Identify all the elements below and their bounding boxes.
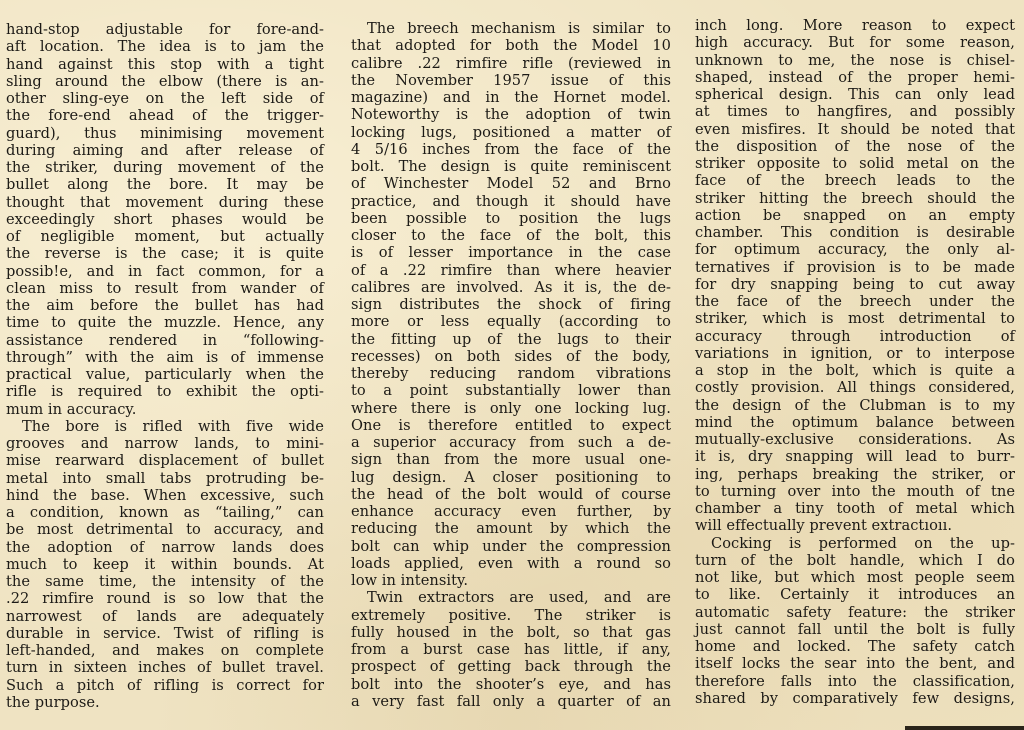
text-line: itself locks the sear into the bent, and [695,655,1015,672]
text-line: will effectually prevent extractıoıı. [695,517,1015,534]
text-line: that adopted for both the Model 10 [351,37,671,54]
text-line: time to quite the muzzle. Hence, any [6,314,324,331]
text-line: mutually-exclusive considerations. As [695,431,1015,448]
text-line: to a point substantially lower than [351,382,671,399]
text-line: a condition, known as “tailing,” can [6,504,324,521]
text-line: bolt into the shooter’s eye, and has [351,676,671,693]
text-line: enhance accuracy even further, by [351,503,671,520]
text-line: from a burst case has little, if any, [351,641,671,658]
text-line: spherical design. This can only lead [695,86,1015,103]
text-line: Noteworthy is the adoption of twin [351,106,671,123]
text-line: the adoption of narrow lands does [6,539,324,556]
text-line: the design of the Clubman is to my [695,397,1015,414]
text-line: ing, perhaps breaking the striker, or [695,466,1015,483]
text-line: striker hitting the breech should the [695,190,1015,207]
magazine-page: hand-stop adjustable for fore-and-aft lo… [0,0,1024,730]
text-line: inch long. More reason to expect [695,17,1015,34]
text-line: 4 5/16 inches from the face of the [351,141,671,158]
text-line: during aiming and after release of [6,142,324,159]
text-line: action be snapped on an empty [695,207,1015,224]
text-line: One is therefore entitled to expect [351,417,671,434]
text-line: the aim before the bullet has had [6,297,324,314]
text-line: it is, dry snapping will lead to burr- [695,448,1015,465]
text-line: to turning over into the mouth of tne [695,483,1015,500]
text-line: been possible to position the lugs [351,210,671,227]
text-line: loads applied, even with a round so [351,555,671,572]
text-line: locking lugs, positioned a matter of [351,124,671,141]
text-line: calibre .22 rimfire rifle (reviewed in [351,55,671,72]
text-line: chamber a tiny tooth of metal which [695,500,1015,517]
text-line: guard), thus minimising movement [6,125,324,142]
text-line: the head of the bolt would of course [351,486,671,503]
text-line: hind the base. When excessive, such [6,487,324,504]
text-line: the disposition of the nose of the [695,138,1015,155]
text-line: closer to the face of the bolt, this [351,227,671,244]
text-line: the November 1957 issue of this [351,72,671,89]
text-line: thought that movement during these [6,194,324,211]
text-line: hand-stop adjustable for fore-and- [6,21,324,38]
text-line: the face of the breech under the [695,293,1015,310]
text-line: just cannot fall until the bolt is fully [695,621,1015,638]
text-line: other sling-eye on the left side of [6,90,324,107]
text-line: the fitting up of the lugs to their [351,331,671,348]
text-line: durable in service. Twist of rifling is [6,625,324,642]
text-line: much to keep it within bounds. At [6,556,324,573]
text-line: therefore falls into the classification, [695,673,1015,690]
text-column-3: inch long. More reason to expecthigh acc… [695,17,1015,707]
text-line: a very fast fall only a quarter of an [351,693,671,710]
text-line: sign distributes the shock of firing [351,296,671,313]
text-line: a stop in the bolt, which is quite a [695,362,1015,379]
text-line: The bore is rifled with five wide [6,418,324,435]
text-line: Twin extractors are used, and are [351,589,671,606]
text-line: home and locked. The safety catch [695,638,1015,655]
paragraph: inch long. More reason to expecthigh acc… [695,17,1015,535]
text-line: where there is only one locking lug. [351,400,671,417]
text-line: hand against this stop with a tight [6,56,324,73]
text-line: be most detrimental to accuracy, and [6,521,324,538]
text-line: not like, but which most people seem [695,569,1015,586]
text-line: bolt. The design is quite reminiscent [351,158,671,175]
text-line: extremely positive. The striker is [351,607,671,624]
text-line: grooves and narrow lands, to mini- [6,435,324,452]
text-line: face of the breech leads to the [695,172,1015,189]
text-line: costly provision. All things considered, [695,379,1015,396]
text-line: sling around the elbow (there is an- [6,73,324,90]
text-line: reducing the amount by which the [351,520,671,537]
paragraph: The bore is rifled with five widegrooves… [6,418,324,711]
text-line: the purpose. [6,694,324,711]
text-line: chamber. This condition is desirable [695,224,1015,241]
text-line: .22 rimfire round is so low that the [6,590,324,607]
text-line: for optimum accuracy, the only al- [695,241,1015,258]
text-line: Cocking is performed on the up- [695,535,1015,552]
text-line: The breech mechanism is similar to [351,20,671,37]
text-line: clean miss to result from wander of [6,280,324,297]
text-line: Such a pitch of rifling is correct for [6,677,324,694]
bottom-edge-rule [905,726,1024,730]
text-line: striker, which is most detrimental to [695,310,1015,327]
text-line: shared by comparatively few designs, [695,690,1015,707]
text-line: variations in ignition, or to interpose [695,345,1015,362]
text-line: practical value, particularly when the [6,366,324,383]
text-line: turn of the bolt handle, which I do [695,552,1015,569]
text-line: bullet along the bore. It may be [6,176,324,193]
text-line: prospect of getting back through the [351,658,671,675]
text-line: thereby reducing random vibrations [351,365,671,382]
text-line: assistance rendered in “following- [6,332,324,349]
text-line: turn in sixteen inches of bullet travel. [6,659,324,676]
text-line: recesses) on both sides of the body, [351,348,671,365]
text-line: a superior accuracy from such a de- [351,434,671,451]
paragraph: hand-stop adjustable for fore-and-aft lo… [6,21,324,418]
text-line: sign than from the more usual one- [351,451,671,468]
text-line: automatic safety feature: the striker [695,604,1015,621]
text-line: metal into small tabs protruding be- [6,470,324,487]
text-line: at times to hangfires, and possibly [695,103,1015,120]
text-line: aft location. The idea is to jam the [6,38,324,55]
text-line: left-handed, and makes on complete [6,642,324,659]
text-line: shaped, instead of the proper hemi- [695,69,1015,86]
text-line: unknown to me, the nose is chisel- [695,52,1015,69]
text-line: rifle is required to exhibit the opti- [6,383,324,400]
text-column-1: hand-stop adjustable for fore-and-aft lo… [6,21,324,711]
text-line: lug design. A closer positioning to [351,469,671,486]
text-line: mind the optimum balance between [695,414,1015,431]
text-line: low in intensity. [351,572,671,589]
text-line: mise rearward displacement of bullet [6,452,324,469]
text-line: more or less equally (according to [351,313,671,330]
text-line: the reverse is the case; it is quite [6,245,324,262]
paragraph: Cocking is performed on the up-turn of t… [695,535,1015,708]
text-line: through” with the aim is of immense [6,349,324,366]
text-line: accuracy through introduction of [695,328,1015,345]
text-line: bolt can whip under the compression [351,538,671,555]
text-line: for dry snapping being to cut away [695,276,1015,293]
text-column-2: The breech mechanism is similar tothat a… [351,20,671,710]
text-line: striker opposite to solid metal on the [695,155,1015,172]
text-line: the same time, the intensity of the [6,573,324,590]
text-line: narrowest of lands are adequately [6,608,324,625]
text-line: calibres are involved. As it is, the de- [351,279,671,296]
text-line: magazine) and in the Hornet model. [351,89,671,106]
text-line: to like. Certainly it introduces an [695,586,1015,603]
text-line: of Winchester Model 52 and Brno [351,175,671,192]
text-line: possib!e, and in fact common, for a [6,263,324,280]
text-line: high accuracy. But for some reason, [695,34,1015,51]
text-line: mum in accuracy. [6,401,324,418]
paragraph: The breech mechanism is similar tothat a… [351,20,671,589]
text-line: even misfires. It should be noted that [695,121,1015,138]
text-line: of negligible moment, but actually [6,228,324,245]
text-line: the striker, during movement of the [6,159,324,176]
text-line: is of lesser importance in the case [351,244,671,261]
paragraph: Twin extractors are used, and areextreme… [351,589,671,710]
text-line: exceedingly short phases would be [6,211,324,228]
text-line: of a .22 rimfire than where heavier [351,262,671,279]
text-line: practice, and though it should have [351,193,671,210]
text-line: ternatives if provision is to be made [695,259,1015,276]
text-line: fully housed in the bolt, so that gas [351,624,671,641]
text-line: the fore-end ahead of the trigger- [6,107,324,124]
